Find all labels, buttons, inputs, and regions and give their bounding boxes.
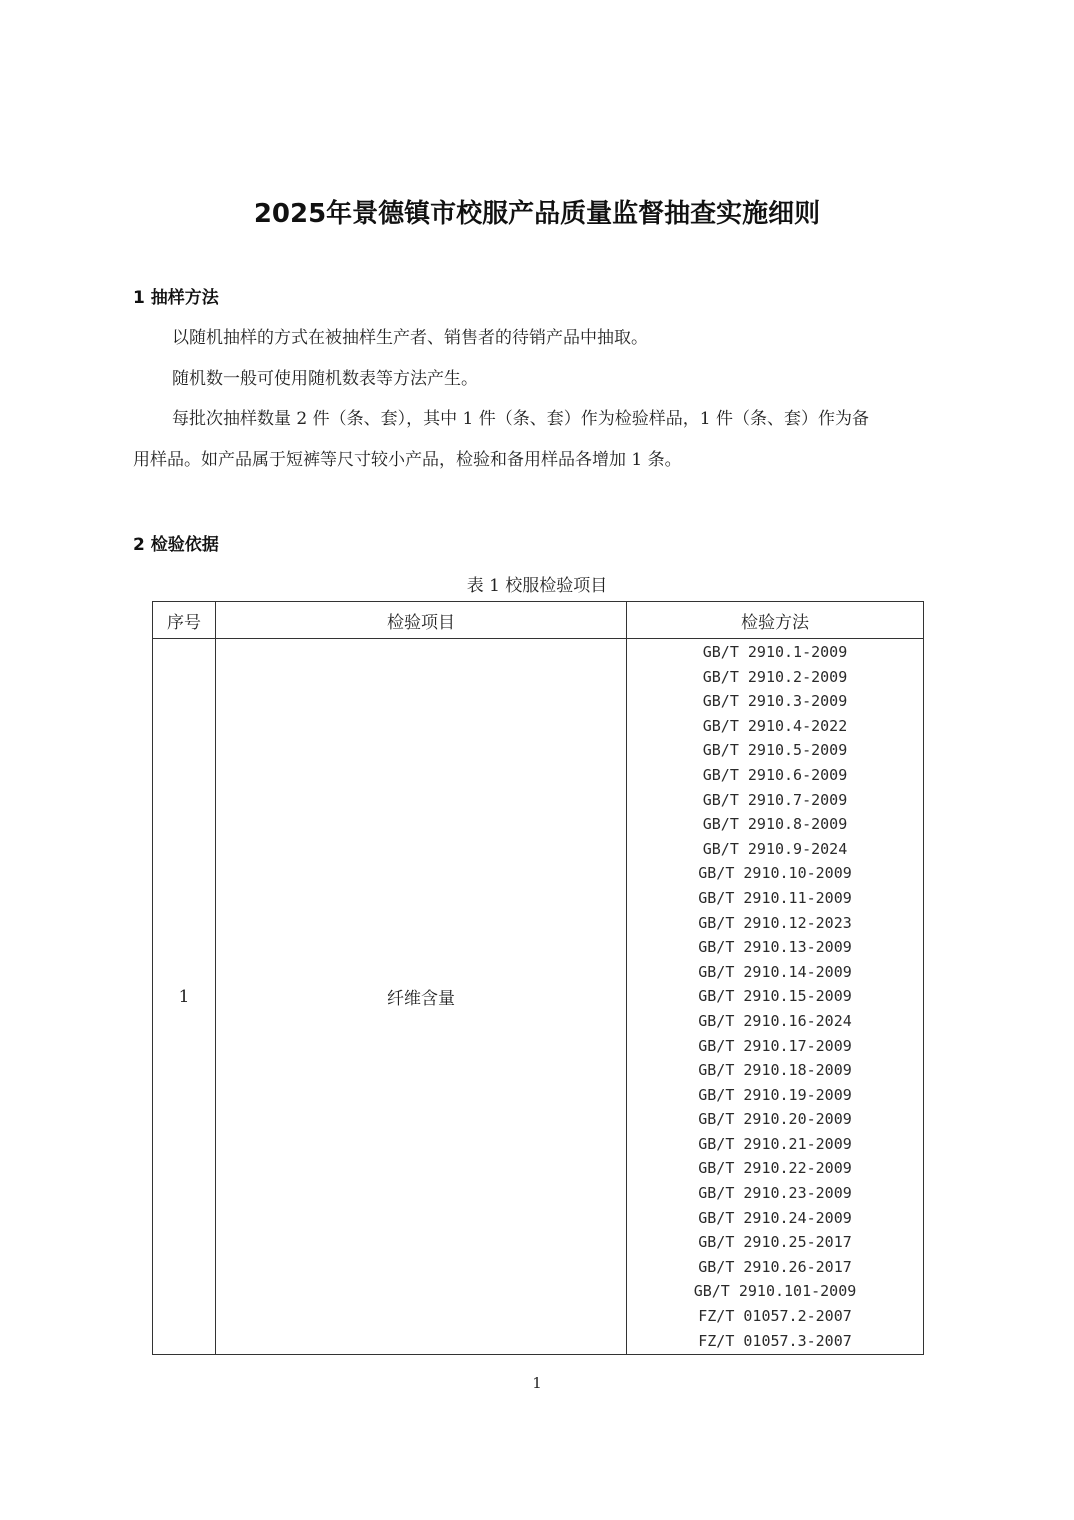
page-title: 2025年景德镇市校服产品质量监督抽查实施细则 (0, 194, 1074, 234)
paragraph: 每批次抽样数量 2 件（条、套），其中 1 件（条、套）作为检验样品，1 件（条… (172, 407, 943, 431)
cell-item: 纤维含量 (216, 639, 627, 1355)
method-list: GB/T 2910.1-2009 GB/T 2910.2-2009 GB/T 2… (627, 639, 923, 1354)
section-heading-sampling: 1 抽样方法 (133, 286, 219, 310)
method-standard: GB/T 2910.2-2009 (627, 665, 923, 690)
column-header-method: 检验方法 (627, 602, 924, 639)
method-standard: GB/T 2910.12-2023 (627, 911, 923, 936)
method-standard: GB/T 2910.25-2017 (627, 1230, 923, 1255)
page-number: 1 (0, 1374, 1074, 1392)
column-header-item: 检验项目 (216, 602, 627, 639)
method-standard: GB/T 2910.13-2009 (627, 935, 923, 960)
method-standard: GB/T 2910.3-2009 (627, 689, 923, 714)
method-standard: GB/T 2910.1-2009 (627, 640, 923, 665)
method-standard: GB/T 2910.24-2009 (627, 1206, 923, 1231)
cell-methods: GB/T 2910.1-2009 GB/T 2910.2-2009 GB/T 2… (627, 639, 924, 1355)
method-standard: FZ/T 01057.2-2007 (627, 1304, 923, 1329)
cell-no: 1 (153, 639, 216, 1355)
table-caption: 表 1 校服检验项目 (0, 574, 1074, 598)
method-standard: GB/T 2910.22-2009 (627, 1156, 923, 1181)
method-standard: GB/T 2910.101-2009 (627, 1279, 923, 1304)
method-standard: GB/T 2910.19-2009 (627, 1083, 923, 1108)
method-standard: GB/T 2910.17-2009 (627, 1034, 923, 1059)
method-standard: GB/T 2910.11-2009 (627, 886, 923, 911)
method-standard: GB/T 2910.9-2024 (627, 837, 923, 862)
table-row: 1 纤维含量 GB/T 2910.1-2009 GB/T 2910.2-2009… (153, 639, 924, 1355)
paragraph: 以随机抽样的方式在被抽样生产者、销售者的待销产品中抽取。 (172, 326, 943, 350)
method-standard: GB/T 2910.18-2009 (627, 1058, 923, 1083)
method-standard: GB/T 2910.7-2009 (627, 788, 923, 813)
method-standard: GB/T 2910.15-2009 (627, 984, 923, 1009)
method-standard: GB/T 2910.26-2017 (627, 1255, 923, 1280)
method-standard: GB/T 2910.16-2024 (627, 1009, 923, 1034)
method-standard: FZ/T 01057.3-2007 (627, 1329, 923, 1354)
method-standard: GB/T 2910.4-2022 (627, 714, 923, 739)
method-standard: GB/T 2910.20-2009 (627, 1107, 923, 1132)
method-standard: GB/T 2910.5-2009 (627, 738, 923, 763)
method-standard: GB/T 2910.10-2009 (627, 861, 923, 886)
inspection-items-table: 序号 检验项目 检验方法 1 纤维含量 GB/T 2910.1-2009 GB/… (152, 601, 924, 1355)
paragraph: 用样品。如产品属于短裤等尺寸较小产品，检验和备用样品各增加 1 条。 (133, 448, 943, 472)
method-standard: GB/T 2910.14-2009 (627, 960, 923, 985)
table-header-row: 序号 检验项目 检验方法 (153, 602, 924, 639)
method-standard: GB/T 2910.6-2009 (627, 763, 923, 788)
paragraph: 随机数一般可使用随机数表等方法产生。 (172, 367, 943, 391)
method-standard: GB/T 2910.21-2009 (627, 1132, 923, 1157)
method-standard: GB/T 2910.8-2009 (627, 812, 923, 837)
method-standard: GB/T 2910.23-2009 (627, 1181, 923, 1206)
column-header-no: 序号 (153, 602, 216, 639)
section-heading-basis: 2 检验依据 (133, 533, 219, 557)
